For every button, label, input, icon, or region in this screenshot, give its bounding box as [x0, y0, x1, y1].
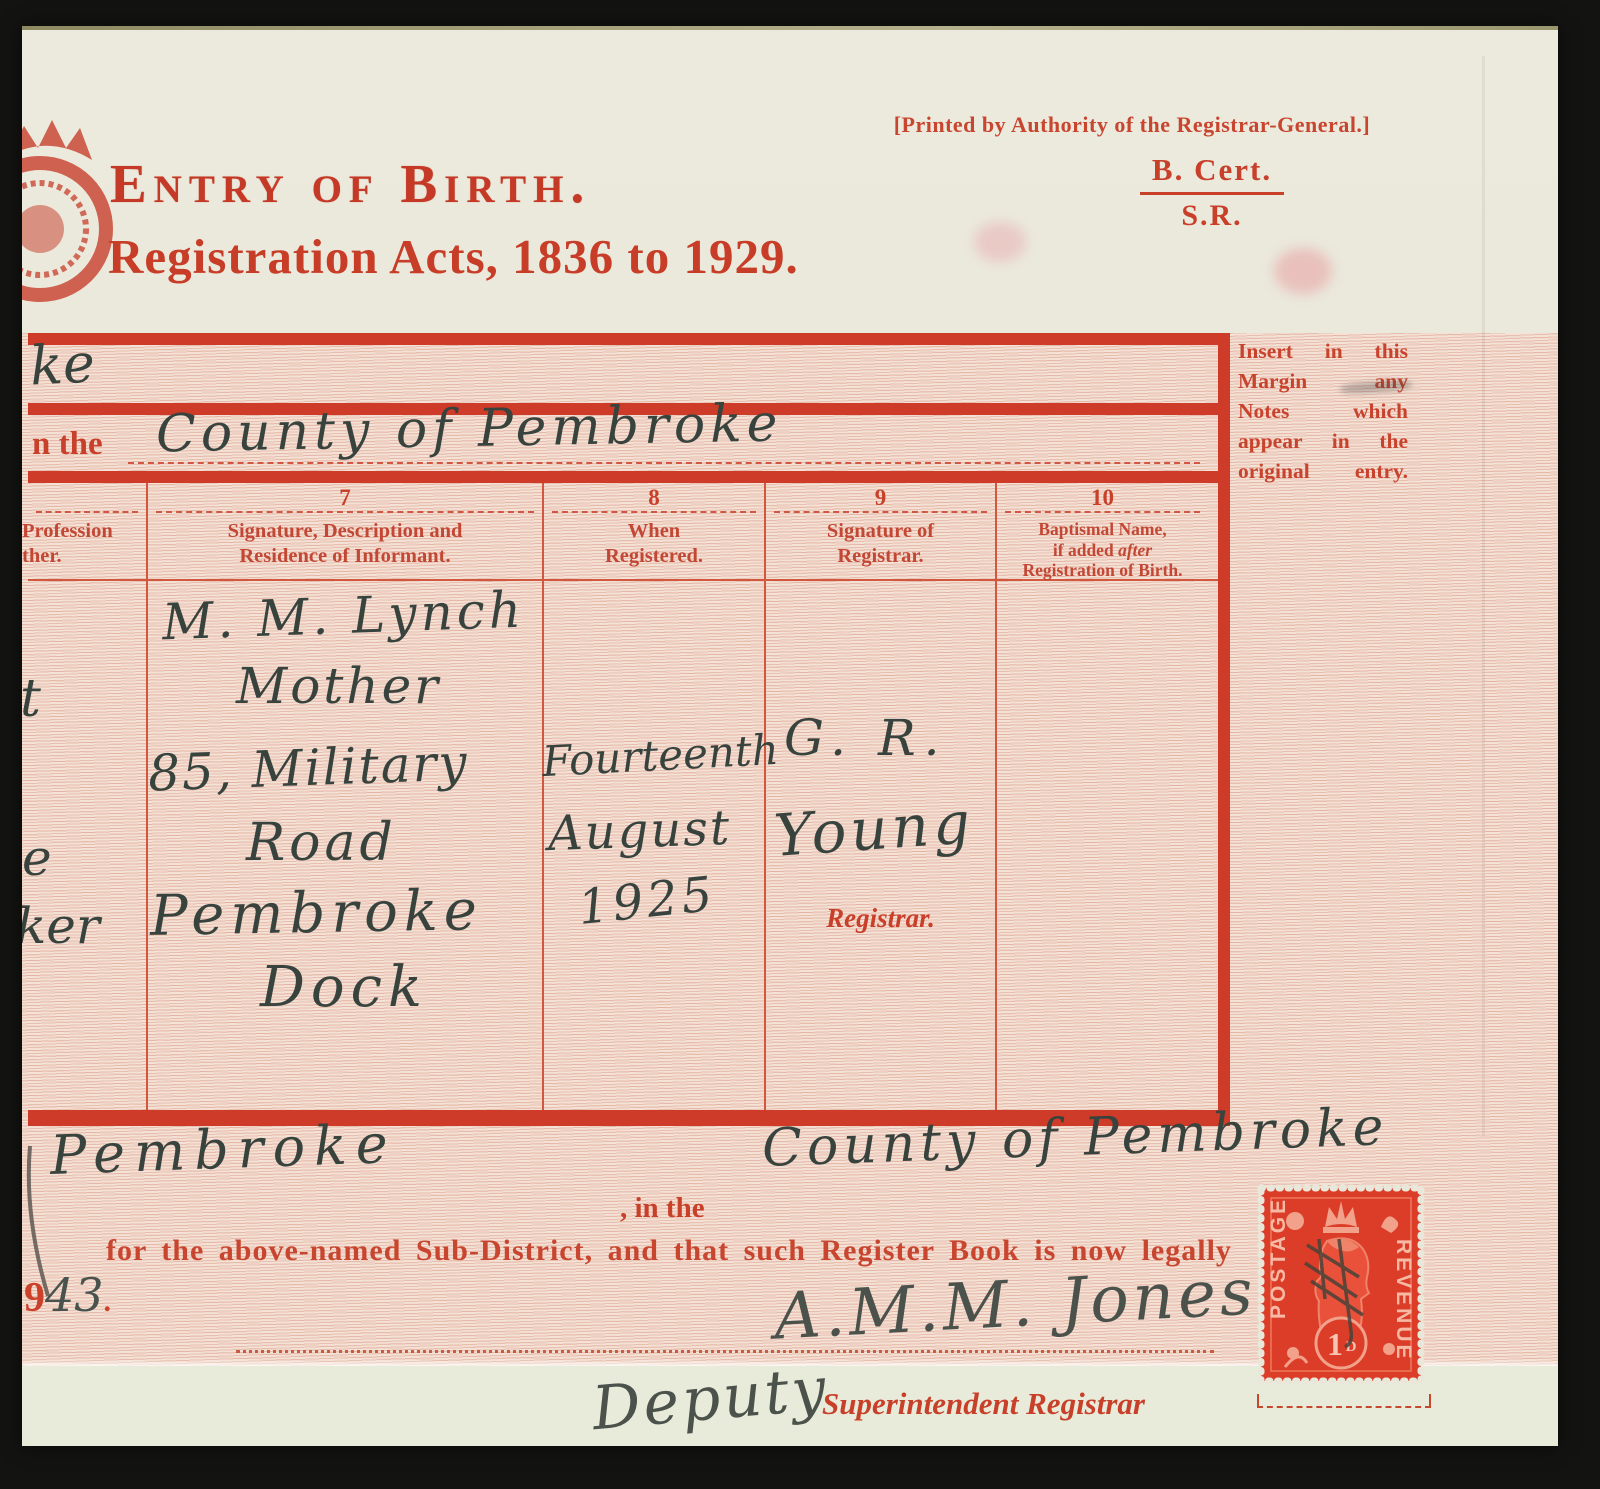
- cert-type-label: B. Cert.: [1140, 152, 1284, 195]
- document-subtitle: Registration Acts, 1836 to 1929.: [108, 228, 799, 285]
- table-header-row: Profession ther. 7 Signature, Descriptio…: [28, 483, 1218, 581]
- column-label-line: When: [544, 519, 764, 544]
- county-printed-fragment: n the: [32, 426, 103, 463]
- cell-profession: t e ker: [28, 581, 148, 1110]
- register-entry-box: ke n the County of Pembroke Profession t…: [28, 333, 1230, 1126]
- table-body-row: t e ker M. M. Lynch Mother 85, Military …: [28, 581, 1218, 1110]
- stamp-revenue-label: REVENUE: [1392, 1239, 1415, 1362]
- column-header-registrar-signature: 9 Signature of Registrar.: [766, 483, 997, 579]
- certificate-paper: Entry of Birth. Registration Acts, 1836 …: [22, 26, 1558, 1446]
- cell-when-registered: Fourteenth August 1925: [544, 581, 766, 1110]
- column-number: [28, 483, 146, 511]
- paper-edge-highlight: [22, 26, 1558, 30]
- when-registered-line: Fourteenth: [541, 725, 780, 786]
- informant-line: 85, Military: [147, 733, 469, 802]
- when-registered-line: 1925: [575, 866, 718, 936]
- district-handwritten-fragment: ke: [28, 331, 96, 397]
- subdistrict-handwritten: Pembroke: [49, 1112, 398, 1187]
- header-dashed-rule: [552, 511, 756, 513]
- column-header-profession: Profession ther.: [28, 483, 148, 579]
- cell-baptismal-name: [997, 581, 1208, 1110]
- column-header-baptismal-name: 10 Baptismal Name, if added after Regist…: [997, 483, 1208, 579]
- informant-line: Dock: [260, 955, 428, 1020]
- certificate-code: B. Cert. S.R.: [1097, 152, 1327, 233]
- column-label-italic-word: after: [1118, 540, 1152, 560]
- registrar-printed-label: Registrar.: [766, 903, 995, 934]
- column-label-line: Profession: [22, 519, 146, 544]
- profession-fragment: e: [22, 829, 52, 887]
- column-label-line: Signature of: [766, 519, 995, 544]
- document-title: Entry of Birth.: [110, 152, 591, 215]
- pink-stain: [974, 222, 1026, 262]
- registrar-signature-line: G. R.: [784, 709, 948, 767]
- column-label-line: if added after: [997, 540, 1208, 561]
- registrar-signature-line: Young: [772, 788, 976, 870]
- informant-line: Pembroke: [149, 878, 483, 949]
- column-label-line: Baptismal Name,: [997, 519, 1208, 540]
- informant-line: Road: [246, 813, 397, 873]
- column-number: 10: [997, 483, 1208, 511]
- column-header-informant: 7 Signature, Description and Residence o…: [148, 483, 544, 579]
- county-handwritten: County of Pembroke: [156, 394, 783, 465]
- column-label-line: Registrar.: [766, 544, 995, 569]
- authority-note: [Printed by Authority of the Registrar-G…: [862, 112, 1402, 138]
- cert-sub-label: S.R.: [1097, 199, 1327, 233]
- vertical-crease: [1482, 56, 1485, 1136]
- county-row: n the County of Pembroke: [28, 415, 1218, 471]
- column-label-line: Registration of Birth.: [997, 560, 1208, 581]
- margin-instruction: Insert in this Margin any Notes which ap…: [1238, 336, 1408, 486]
- column-number: 7: [148, 483, 542, 511]
- column-label-line: Residence of Informant.: [148, 544, 542, 569]
- county-dotted-rule: [128, 462, 1200, 464]
- pen-stroke: [22, 1136, 92, 1316]
- column-number: 9: [766, 483, 995, 511]
- profession-fragment: ker: [22, 897, 100, 955]
- header-dashed-rule: [774, 511, 987, 513]
- column-number: 8: [544, 483, 764, 511]
- district-row: ke: [28, 345, 1218, 403]
- superintendent-registrar-label: Superintendent Registrar: [822, 1386, 1145, 1422]
- stamp-value-number: 1: [1327, 1326, 1343, 1362]
- postage-stamp: 1 D POSTAGE REVENUE: [1255, 1181, 1427, 1388]
- margin-line: Notes which: [1238, 396, 1408, 426]
- pink-stain: [1274, 248, 1332, 294]
- red-divider-bar: [28, 471, 1218, 483]
- header-dashed-rule: [1005, 511, 1200, 513]
- column-header-when-registered: 8 When Registered.: [544, 483, 766, 579]
- column-label-line: ther.: [22, 544, 146, 569]
- cell-informant: M. M. Lynch Mother 85, Military Road Pem…: [148, 581, 544, 1110]
- year-red-dot: .: [104, 1285, 112, 1318]
- column-label-line: Signature, Description and: [148, 519, 542, 544]
- header-dashed-rule: [156, 511, 534, 513]
- column-label-line: Registered.: [544, 544, 764, 569]
- margin-line: appear in the: [1238, 426, 1408, 456]
- margin-line: Insert in this: [1238, 336, 1408, 366]
- header-dashed-rule: [36, 511, 138, 513]
- stamp-postage-label: POSTAGE: [1267, 1197, 1290, 1319]
- in-the-printed: , in the: [620, 1192, 705, 1225]
- margin-line: original entry.: [1238, 456, 1408, 486]
- profession-fragment: t: [22, 669, 41, 729]
- when-registered-line: August: [547, 800, 732, 862]
- informant-line: Mother: [236, 657, 441, 715]
- stamp-position-bracket: [1257, 1394, 1431, 1408]
- signature-dotted-rule: [236, 1350, 1214, 1353]
- cell-registrar-signature: G. R. Young Registrar.: [766, 581, 997, 1110]
- informant-line: M. M. Lynch: [161, 581, 526, 652]
